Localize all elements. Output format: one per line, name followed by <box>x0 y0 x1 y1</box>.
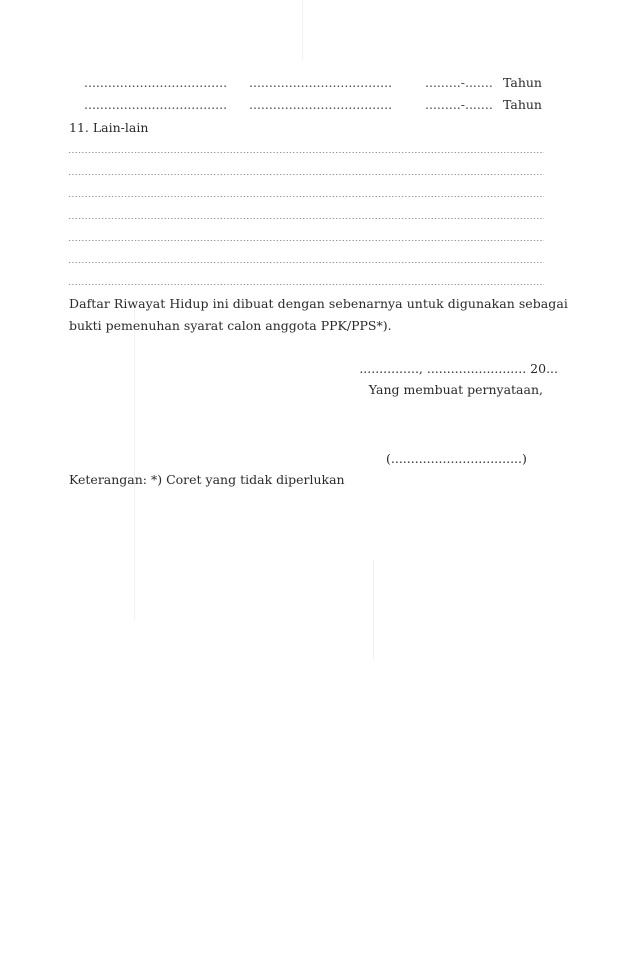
blank-line[interactable] <box>68 240 544 241</box>
blank-line[interactable] <box>68 262 544 263</box>
statement-line-1: Daftar Riwayat Hidup ini dibuat dengan s… <box>69 293 559 315</box>
blank-line[interactable] <box>68 196 544 197</box>
statement: Daftar Riwayat Hidup ini dibuat dengan s… <box>69 293 559 337</box>
signature-label: Yang membuat pernyataan, <box>369 382 543 397</box>
row-1-field-1[interactable]: .................................... <box>84 75 227 90</box>
statement-line-2: bukti pemenuhan syarat calon anggota PPK… <box>69 315 559 337</box>
row-2-year-range[interactable]: .........-....... <box>425 97 493 112</box>
blank-line[interactable] <box>68 218 544 219</box>
scan-artifact <box>302 0 303 60</box>
row-2-field-2[interactable]: .................................... <box>249 97 392 112</box>
blank-line[interactable] <box>68 284 544 285</box>
row-2-field-1[interactable]: .................................... <box>84 97 227 112</box>
scan-artifact <box>373 560 374 660</box>
row-2-unit: Tahun <box>503 97 542 112</box>
row-1-field-2[interactable]: .................................... <box>249 75 392 90</box>
signature-name-field[interactable]: (.................................) <box>386 451 527 466</box>
blank-line[interactable] <box>68 152 544 153</box>
row-1-unit: Tahun <box>503 75 542 90</box>
place-date-field[interactable]: ..............., .......................… <box>359 361 558 376</box>
footnote: Keterangan: *) Coret yang tidak diperluk… <box>69 472 345 487</box>
row-1-year-range[interactable]: .........-....... <box>425 75 493 90</box>
blank-line[interactable] <box>68 174 544 175</box>
section-title: 11. Lain-lain <box>69 120 148 135</box>
scan-artifact <box>134 300 135 620</box>
